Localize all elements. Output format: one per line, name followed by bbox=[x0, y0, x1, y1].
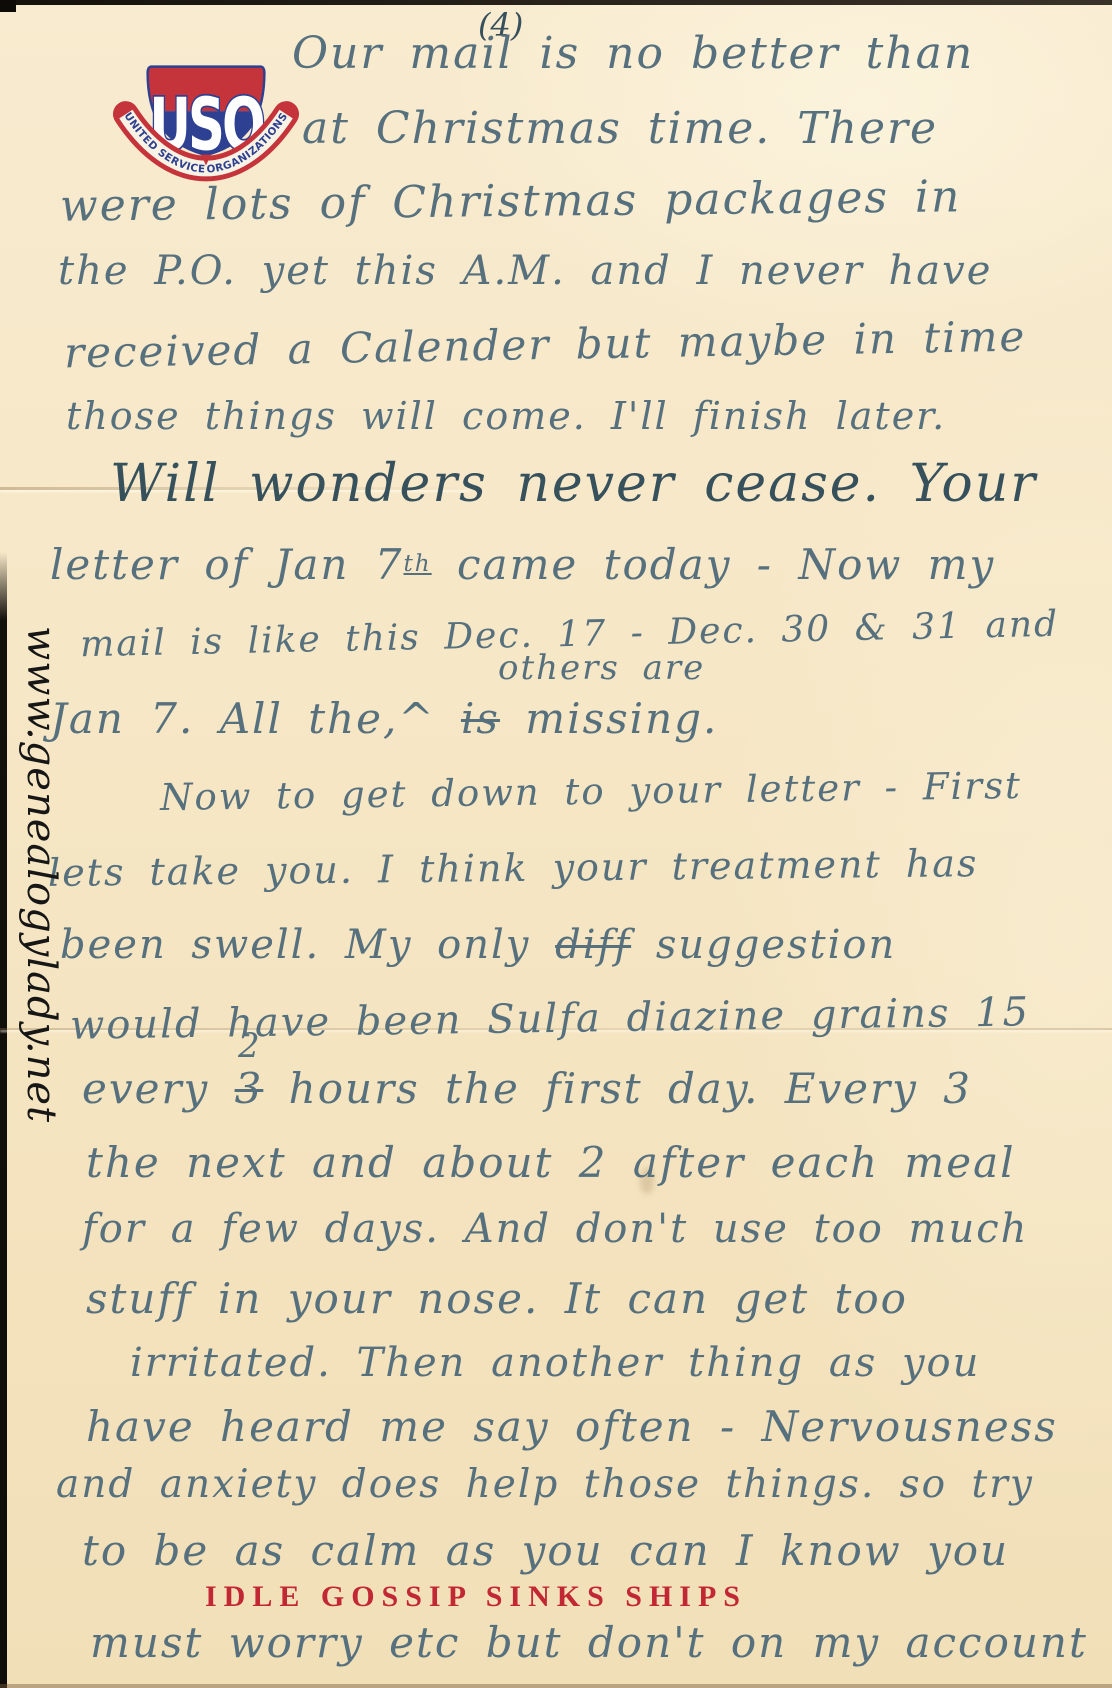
handwritten-line: stuff in your nose. It can get too bbox=[86, 1274, 908, 1323]
superscript-th: th bbox=[404, 551, 432, 577]
handwritten-line: lets take you. I think your treatment ha… bbox=[48, 841, 979, 895]
handwritten-line: Our mail is no better than bbox=[292, 28, 974, 79]
handwritten-line: would have been Sulfa diazine grains 15 bbox=[70, 989, 1031, 1048]
handwritten-line: irritated. Then another thing as you bbox=[130, 1340, 980, 1386]
handwritten-line: letter of Jan 7th came today - Now my bbox=[50, 540, 995, 589]
letter-scan-page: USO UNITED SERVICE ORGANIZATIONS (4) Our… bbox=[0, 0, 1112, 1688]
handwritten-line: were lots of Christmas packages in bbox=[60, 171, 962, 231]
handwritten-line: the P.O. yet this A.M. and I never have bbox=[58, 248, 992, 294]
struck-word: is bbox=[461, 694, 500, 743]
line-text: came today - Now my bbox=[432, 540, 996, 589]
scan-edge-top bbox=[0, 0, 1112, 5]
line-text: hours the first day. Every 3 bbox=[263, 1064, 972, 1113]
line-text: Jan 7. All the, bbox=[50, 694, 398, 743]
handwritten-line: and anxiety does help those things. so t… bbox=[56, 1462, 1034, 1507]
handwritten-line: those things will come. I'll finish late… bbox=[66, 394, 946, 438]
scan-edge-left bbox=[0, 552, 7, 1688]
inserted-words-above-line: others are bbox=[498, 648, 705, 688]
scan-corner-mark bbox=[0, 0, 16, 12]
line-text: suggestion bbox=[631, 922, 896, 968]
line-text: letter of Jan 7 bbox=[50, 540, 404, 589]
handwritten-line: every 3 hours the first day. Every 3 bbox=[82, 1064, 972, 1113]
struck-number: 3 bbox=[235, 1064, 264, 1113]
correction-above-line: 2 bbox=[238, 1026, 262, 1066]
handwritten-line: been swell. My only diff suggestion bbox=[60, 922, 896, 968]
handwritten-line: Will wonders never cease. Your bbox=[110, 454, 1037, 514]
handwritten-line: have heard me say often - Nervousness bbox=[86, 1402, 1058, 1451]
handwritten-line: Jan 7. All the,^ is missing. bbox=[50, 694, 718, 743]
line-text: been swell. My only bbox=[60, 922, 555, 968]
struck-word: diff bbox=[555, 922, 631, 968]
stationery-slogan: IDLE GOSSIP SINKS SHIPS bbox=[205, 1580, 747, 1614]
handwritten-line: at Christmas time. There bbox=[302, 103, 938, 154]
handwritten-line: for a few days. And don't use too much bbox=[82, 1206, 1028, 1252]
line-text: every bbox=[82, 1064, 235, 1113]
handwritten-line: received a Calender but maybe in time bbox=[64, 312, 1027, 378]
watermark-text: www.genealogylady.net bbox=[18, 626, 64, 1123]
insertion-caret: ^ bbox=[398, 694, 435, 743]
handwritten-line: Now to get down to your letter - First bbox=[160, 764, 1022, 819]
handwritten-line: to be as calm as you can I know you bbox=[82, 1526, 1009, 1575]
scan-edge-bottom bbox=[0, 1684, 1112, 1688]
line-text: missing. bbox=[500, 694, 718, 743]
handwritten-line: must worry etc but don't on my account bbox=[90, 1618, 1088, 1667]
handwritten-line: the next and about 2 after each meal bbox=[86, 1138, 1016, 1187]
uso-logo: USO UNITED SERVICE ORGANIZATIONS bbox=[112, 56, 300, 188]
